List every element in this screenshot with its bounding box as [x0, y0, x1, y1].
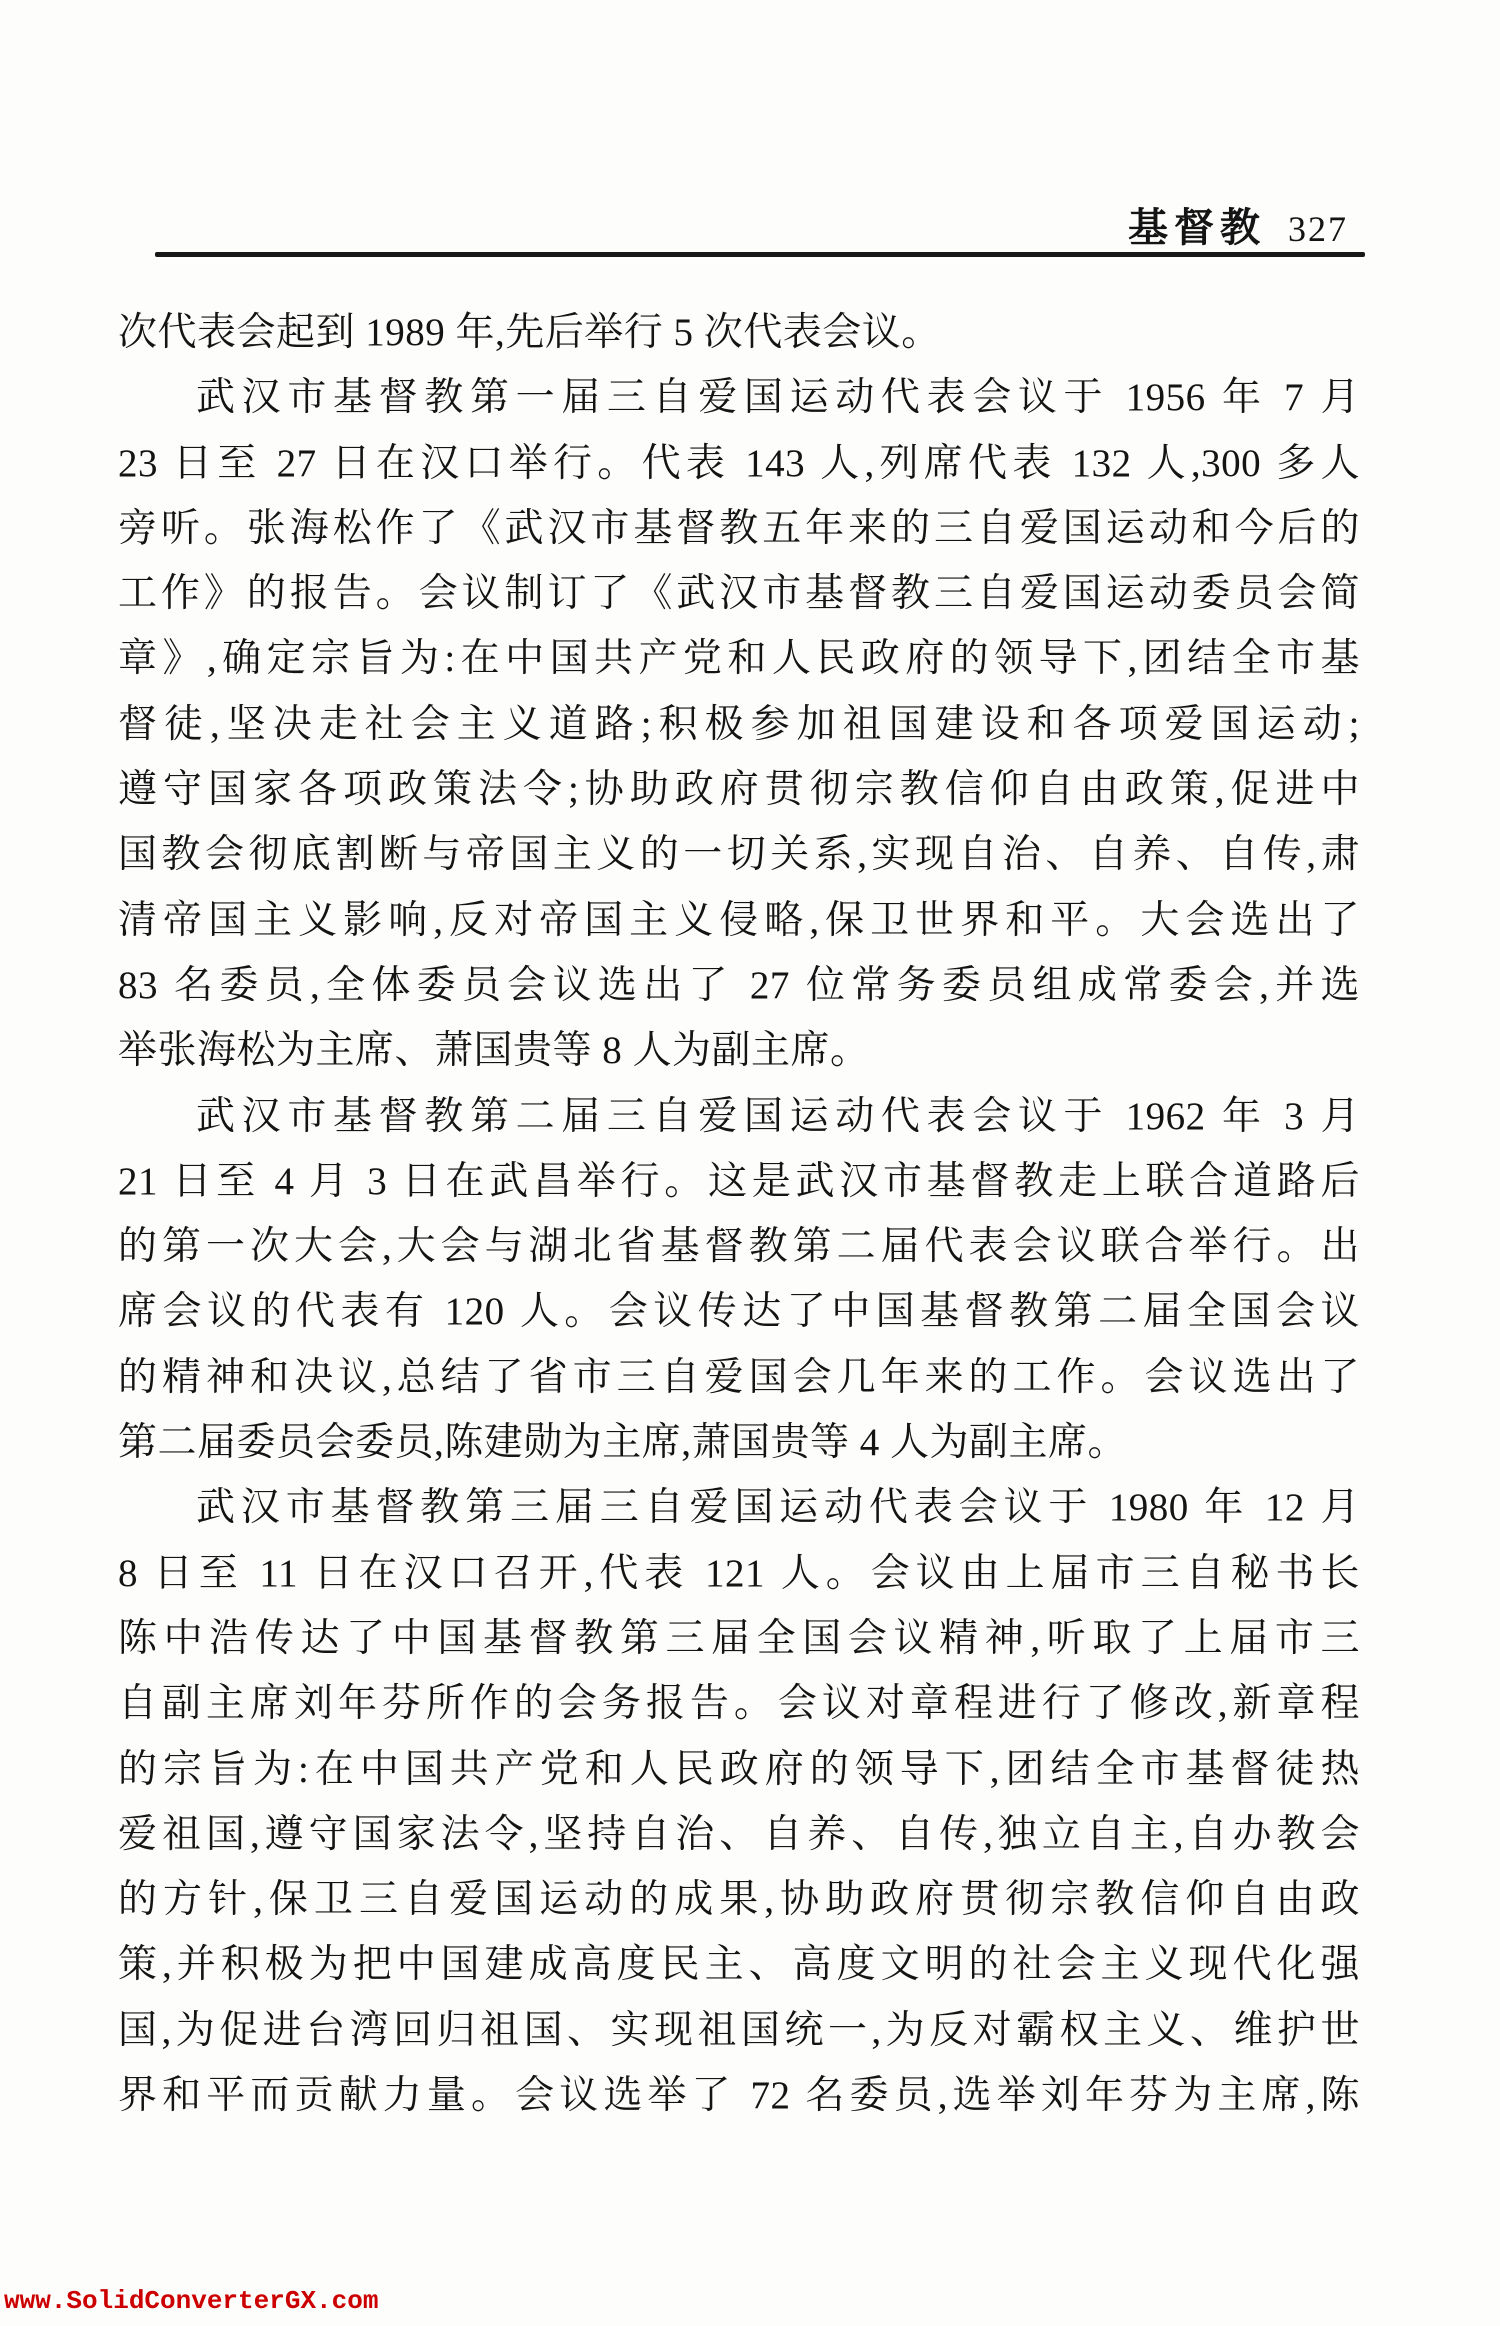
document-body: 次代表会起到 1989 年,先后举行 5 次代表会议。武汉市基督教第一届三自爱国… — [118, 300, 1360, 2128]
text-line: 旁听。张海松作了《武汉市基督教五年来的三自爱国运动和今后的 — [118, 496, 1360, 561]
text-line: 清帝国主义影响,反对帝国主义侵略,保卫世界和平。大会选出了 — [118, 888, 1360, 953]
text-line: 国,为促进台湾回归祖国、实现祖国统一,为反对霸权主义、维护世 — [118, 1998, 1360, 2063]
text-line: 83 名委员,全体委员会议选出了 27 位常务委员组成常委会,并选 — [118, 953, 1360, 1018]
text-line: 策,并积极为把中国建成高度民主、高度文明的社会主义现代化强 — [118, 1932, 1360, 1997]
text-line: 督徒,坚决走社会主义道路;积极参加祖国建设和各项爱国运动; — [118, 692, 1360, 757]
page-header: 基督教 327 — [1128, 196, 1368, 253]
section-title: 基督教 — [1128, 196, 1266, 253]
text-line: 23 日至 27 日在汉口举行。代表 143 人,列席代表 132 人,300 … — [118, 431, 1360, 496]
page-number: 327 — [1288, 208, 1348, 250]
text-line: 武汉市基督教第二届三自爱国运动代表会议于 1962 年 3 月 — [118, 1084, 1360, 1149]
text-line: 的第一次大会,大会与湖北省基督教第二届代表会议联合举行。出 — [118, 1214, 1360, 1279]
text-line: 自副主席刘年芬所作的会务报告。会议对章程进行了修改,新章程 — [118, 1671, 1360, 1736]
text-line: 举张海松为主席、萧国贵等 8 人为副主席。 — [118, 1018, 1360, 1083]
text-line: 席会议的代表有 120 人。会议传达了中国基督教第二届全国会议 — [118, 1279, 1360, 1344]
text-line: 章》,确定宗旨为:在中国共产党和人民政府的领导下,团结全市基 — [118, 626, 1360, 691]
text-line: 第二届委员会委员,陈建勋为主席,萧国贵等 4 人为副主席。 — [118, 1410, 1360, 1475]
text-line: 遵守国家各项政策法令;协助政府贯彻宗教信仰自由政策,促进中 — [118, 757, 1360, 822]
text-line: 界和平而贡献力量。会议选举了 72 名委员,选举刘年芬为主席,陈 — [118, 2063, 1360, 2128]
text-line: 武汉市基督教第三届三自爱国运动代表会议于 1980 年 12 月 — [118, 1475, 1360, 1540]
header-divider-rule — [155, 252, 1365, 257]
text-line: 的方针,保卫三自爱国运动的成果,协助政府贯彻宗教信仰自由政 — [118, 1867, 1360, 1932]
text-line: 的宗旨为:在中国共产党和人民政府的领导下,团结全市基督徒热 — [118, 1737, 1360, 1802]
text-line: 21 日至 4 月 3 日在武昌举行。这是武汉市基督教走上联合道路后 — [118, 1149, 1360, 1214]
text-line: 国教会彻底割断与帝国主义的一切关系,实现自治、自养、自传,肃 — [118, 822, 1360, 887]
text-line: 次代表会起到 1989 年,先后举行 5 次代表会议。 — [118, 300, 1360, 365]
text-line: 8 日至 11 日在汉口召开,代表 121 人。会议由上届市三自秘书长 — [118, 1541, 1360, 1606]
text-line: 陈中浩传达了中国基督教第三届全国会议精神,听取了上届市三 — [118, 1606, 1360, 1671]
text-line: 武汉市基督教第一届三自爱国运动代表会议于 1956 年 7 月 — [118, 365, 1360, 430]
text-line: 工作》的报告。会议制订了《武汉市基督教三自爱国运动委员会简 — [118, 561, 1360, 626]
watermark-url: www.SolidConverterGX.com — [4, 2286, 378, 2316]
scanned-page: { "page": { "header": { "section_title":… — [0, 0, 1500, 2326]
text-line: 的精神和决议,总结了省市三自爱国会几年来的工作。会议选出了 — [118, 1345, 1360, 1410]
text-line: 爱祖国,遵守国家法令,坚持自治、自养、自传,独立自主,自办教会 — [118, 1802, 1360, 1867]
